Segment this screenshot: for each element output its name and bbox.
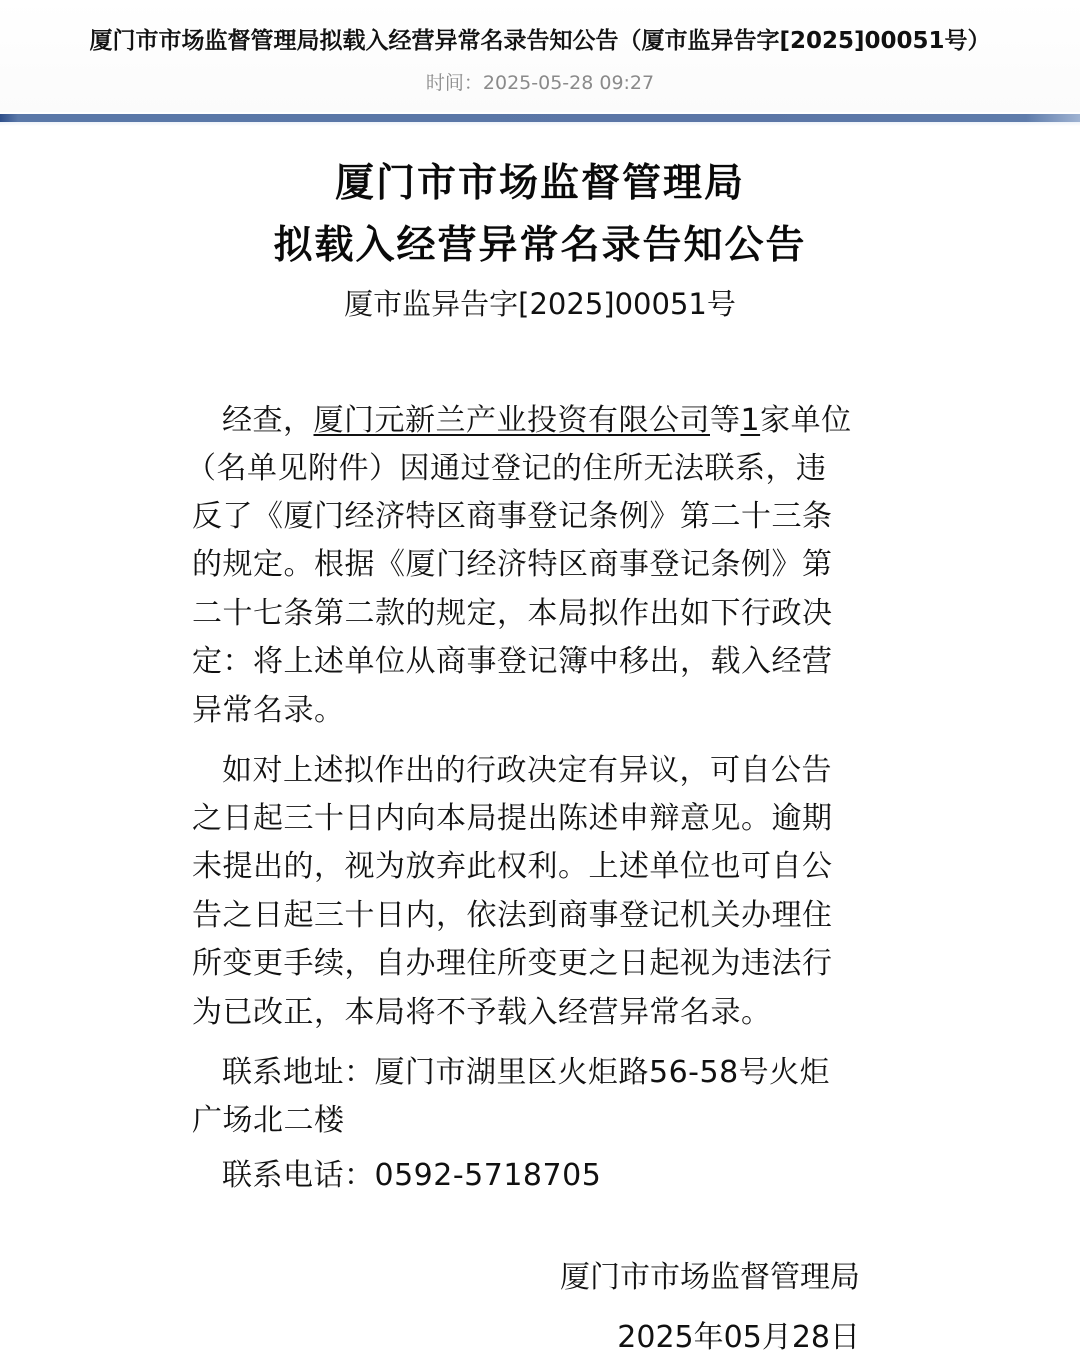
issuer-signature: 厦门市市场监督管理局 (560, 1252, 860, 1296)
paragraph1-suffix: 家单位 (760, 403, 852, 438)
paragraph2-line: 未提出的，视为放弃此权利。上述单位也可自公 (192, 841, 833, 885)
article-header: 厦门市市场监督管理局拟载入经营异常名录告知公告（厦市监异告字[2025]0005… (0, 0, 1080, 112)
paragraph1-line: 异常名录。 (192, 685, 345, 729)
article-title: 厦门市市场监督管理局拟载入经营异常名录告知公告（厦市监异告字[2025]0005… (0, 22, 1080, 55)
publish-time-label: 时间： (426, 72, 483, 94)
paragraph1-first-line: 经查，厦门元新兰产业投资有限公司等1家单位 (222, 395, 852, 439)
address-continued: 广场北二楼 (192, 1095, 345, 1139)
paragraph2-line: 为已改正，本局将不予载入经营异常名录。 (192, 987, 772, 1031)
company-name: 厦门元新兰产业投资有限公司 (314, 403, 711, 438)
document-title-line1: 厦门市市场监督管理局 (0, 152, 1080, 208)
company-count: 1 (741, 403, 761, 438)
paragraph1-line: 定：将上述单位从商事登记簿中移出，载入经营 (192, 636, 833, 680)
document-number: 厦市监异告字[2025]00051号 (0, 282, 1080, 323)
paragraph1-mid: 等 (710, 403, 741, 438)
paragraph2-line: 告之日起三十日内，依法到商事登记机关办理住 (192, 890, 833, 934)
publish-time-value: 2025-05-28 09:27 (483, 72, 654, 94)
paragraph1-prefix: 经查， (222, 403, 314, 438)
issue-date: 2025年05月28日 (617, 1312, 860, 1356)
contact-address: 联系地址：厦门市湖里区火炬路56-58号火炬 (222, 1047, 830, 1091)
contact-phone: 联系电话：0592-5718705 (222, 1150, 601, 1194)
publish-time: 时间：2025-05-28 09:27 (0, 68, 1080, 95)
paragraph2-line: 如对上述拟作出的行政决定有异议，可自公告 (222, 745, 832, 789)
paragraph2-line: 之日起三十日内向本局提出陈述申辩意见。逾期 (192, 793, 833, 837)
paragraph1-line: 二十七条第二款的规定，本局拟作出如下行政决 (192, 588, 833, 632)
paragraph1-line: （名单见附件）因通过登记的住所无法联系，违 (186, 443, 827, 487)
header-divider (0, 114, 1080, 122)
paragraph1-line: 的规定。根据《厦门经济特区商事登记条例》第 (192, 539, 833, 583)
address-label: 联系地址： (222, 1055, 375, 1090)
phone-label: 联系电话： (222, 1158, 375, 1193)
header-divider-shadow (0, 122, 1080, 126)
document-title-line2: 拟载入经营异常名录告知公告 (0, 214, 1080, 270)
phone-value: 0592-5718705 (375, 1158, 602, 1193)
paragraph1-line: 反了《厦门经济特区商事登记条例》第二十三条 (192, 491, 833, 535)
address-value: 厦门市湖里区火炬路56-58号火炬 (375, 1055, 831, 1090)
paragraph2-line: 所变更手续，自办理住所变更之日起视为违法行 (192, 938, 833, 982)
